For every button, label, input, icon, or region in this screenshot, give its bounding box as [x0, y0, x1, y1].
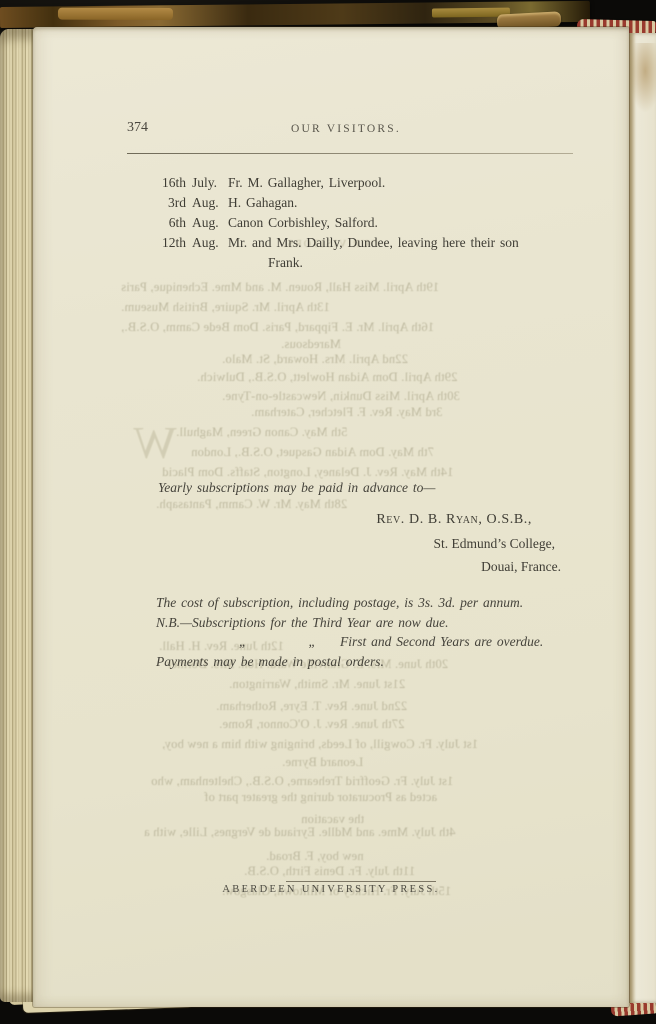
payment-note: Payments may be made in postal orders.	[156, 654, 384, 670]
facing-page-edge	[629, 33, 656, 1003]
visitor-continuation: Frank.	[268, 253, 519, 273]
book-page: OUR VISITORS. W 19th April. Miss Hall, R…	[33, 27, 629, 1007]
visitor-text: Canon Corbishley, Salford.	[228, 215, 378, 230]
visitor-row: 12thAug.Mr. and Mrs. Dailly, Dundee, lea…	[148, 233, 519, 253]
overdue-note: „„First and Second Years are overdue.	[156, 634, 543, 650]
imprint-rule	[286, 881, 436, 882]
header-rule	[127, 153, 573, 154]
address-line-recipient: Rev. D. B. Ryan, O.S.B.,	[376, 512, 532, 528]
visitor-month: Aug.	[192, 213, 226, 233]
visitor-day: 16th	[148, 173, 186, 193]
visitor-day: 3rd	[148, 193, 186, 213]
visitor-text: Mr. and Mrs. Dailly, Dundee, leaving her…	[228, 235, 519, 250]
visitor-list: 16thJuly.Fr. M. Gallagher, Liverpool. 3r…	[148, 173, 519, 273]
visitor-row: 3rdAug.H. Gahagan.	[148, 193, 519, 213]
visitor-row: 6thAug.Canon Corbishley, Salford.	[148, 213, 519, 233]
nb-note: N.B.—Subscriptions for the Third Year ar…	[156, 615, 449, 631]
visitor-row: 16thJuly.Fr. M. Gallagher, Liverpool.	[148, 173, 519, 193]
book-scan: OUR VISITORS. W 19th April. Miss Hall, R…	[0, 0, 656, 1024]
visitor-text: Fr. M. Gallagher, Liverpool.	[228, 175, 385, 190]
visitor-day: 6th	[148, 213, 186, 233]
subscription-intro: Yearly subscriptions may be paid in adva…	[158, 480, 435, 496]
address-line-city: Douai, France.	[481, 559, 561, 575]
page-content: 374 OUR VISITORS. 16thJuly.Fr. M. Gallag…	[33, 27, 629, 1007]
visitor-day: 12th	[148, 233, 186, 253]
cover-leather-patch	[58, 8, 173, 20]
visitor-month: Aug.	[192, 193, 226, 213]
visitor-month: Aug.	[192, 233, 226, 253]
ditto-mark: „	[309, 634, 317, 650]
printer-imprint: ABERDEEN UNIVERSITY PRESS.	[33, 884, 629, 895]
ditto-mark: „	[239, 634, 247, 650]
overdue-text: First and Second Years are overdue.	[340, 634, 543, 650]
visitor-month: July.	[192, 173, 226, 193]
running-head: OUR VISITORS.	[33, 123, 629, 135]
cost-note: The cost of subscription, including post…	[156, 595, 523, 611]
address-line-college: St. Edmund’s College,	[434, 536, 556, 552]
visitor-text: H. Gahagan.	[228, 195, 297, 210]
